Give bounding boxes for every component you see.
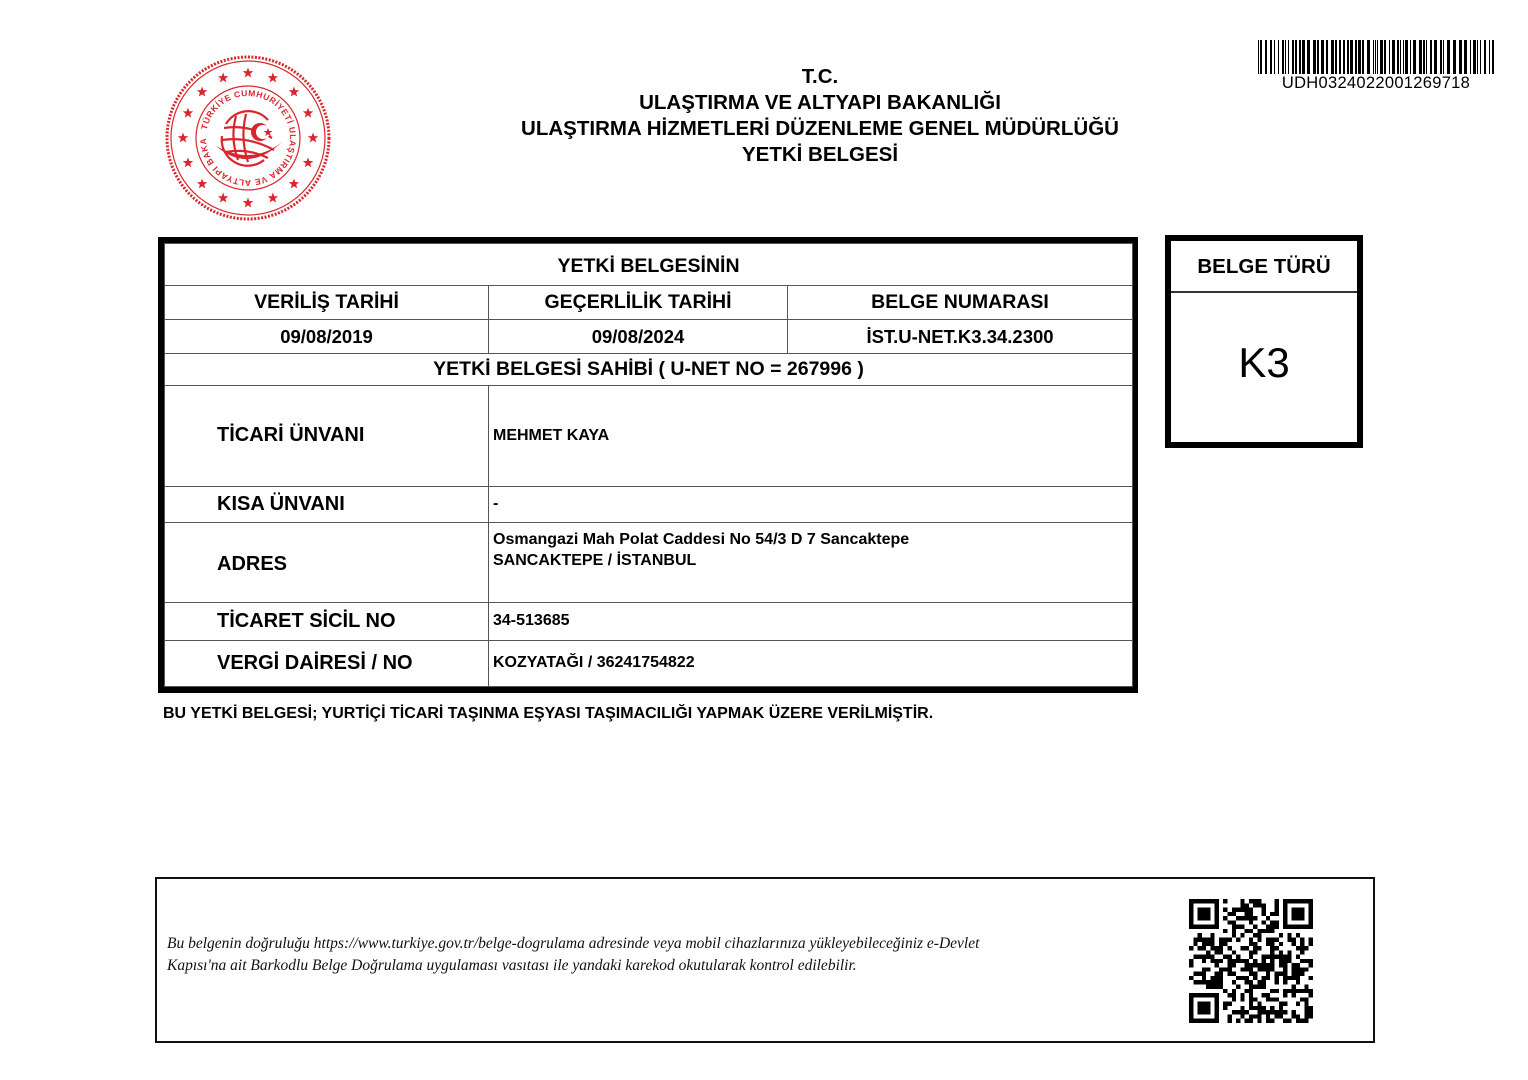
svg-text:TÜRKİYE CUMHURİYETİ ULAŞTIRMA: TÜRKİYE CUMHURİYETİ ULAŞTIRMA VE ALTYAPI… (164, 54, 298, 188)
qr-code-icon (1189, 899, 1313, 1023)
table-row: TİCARİ ÜNVANI MEHMET KAYA (165, 386, 1133, 486)
table-row: VERGİ DAİRESİ / NO KOZYATAĞI / 362417548… (165, 640, 1133, 686)
header-ministry: ULAŞTIRMA VE ALTYAPI BAKANLIĞI (480, 90, 1160, 116)
issue-date: 09/08/2019 (165, 320, 489, 354)
field-value-trade-name: MEHMET KAYA (489, 386, 1133, 486)
page-title: YETKİ BELGESİ (480, 142, 1160, 168)
table-row: ADRES Osmangazi Mah Polat Caddesi No 54/… (165, 522, 1133, 602)
address-line-1: Osmangazi Mah Polat Caddesi No 54/3 D 7 … (493, 529, 1132, 550)
field-value-trade-registry: 34-513685 (489, 602, 1133, 640)
table-row: TİCARET SİCİL NO 34-513685 (165, 602, 1133, 640)
document-type-box: BELGE TÜRÜ K3 (1165, 235, 1363, 448)
certificate-table: YETKİ BELGESİNİN VERİLİŞ TARİHİ GEÇERLİL… (158, 237, 1138, 693)
certificate-section-title: YETKİ BELGESİNİN (165, 244, 1133, 286)
verification-text: Bu belgenin doğruluğu https://www.turkiy… (167, 933, 1167, 977)
field-value-address: Osmangazi Mah Polat Caddesi No 54/3 D 7 … (489, 522, 1133, 602)
validity-date: 09/08/2024 (489, 320, 788, 354)
field-label-trade-name: TİCARİ ÜNVANI (165, 386, 489, 486)
field-value-tax-office: KOZYATAĞI / 36241754822 (489, 640, 1133, 686)
column-header-issue-date: VERİLİŞ TARİHİ (165, 286, 489, 320)
header-directorate: ULAŞTIRMA HİZMETLERİ DÜZENLEME GENEL MÜD… (480, 116, 1160, 142)
owner-title: YETKİ BELGESİ SAHİBİ ( U-NET NO = 267996… (165, 354, 1133, 386)
column-header-document-number: BELGE NUMARASI (788, 286, 1133, 320)
field-label-short-name: KISA ÜNVANI (165, 486, 489, 522)
ministry-seal-icon: TÜRKİYE CUMHURİYETİ ULAŞTIRMA VE ALTYAPI… (164, 54, 332, 222)
column-header-validity-date: GEÇERLİLİK TARİHİ (489, 286, 788, 320)
header-tc: T.C. (480, 64, 1160, 90)
barcode-number: UDH0324022001269718 (1256, 74, 1496, 92)
field-label-tax-office: VERGİ DAİRESİ / NO (165, 640, 489, 686)
document-number: İST.U-NET.K3.34.2300 (788, 320, 1133, 354)
document-type-value: K3 (1171, 293, 1357, 387)
document-type-label: BELGE TÜRÜ (1171, 241, 1357, 293)
barcode-icon (1258, 40, 1494, 74)
table-row: KISA ÜNVANI - (165, 486, 1133, 522)
address-line-2: SANCAKTEPE / İSTANBUL (493, 550, 1132, 571)
document-header: T.C. ULAŞTIRMA VE ALTYAPI BAKANLIĞI ULAŞ… (480, 64, 1160, 168)
authorization-statement: BU YETKİ BELGESİ; YURTİÇİ TİCARİ TAŞINMA… (163, 705, 933, 723)
field-label-address: ADRES (165, 522, 489, 602)
verification-footer: Bu belgenin doğruluğu https://www.turkiy… (155, 877, 1375, 1043)
field-value-short-name: - (489, 486, 1133, 522)
field-label-trade-registry: TİCARET SİCİL NO (165, 602, 489, 640)
verification-line-1: Bu belgenin doğruluğu https://www.turkiy… (167, 933, 1167, 955)
barcode: UDH0324022001269718 (1256, 40, 1496, 92)
verification-line-2: Kapısı'na ait Barkodlu Belge Doğrulama u… (167, 955, 1167, 977)
